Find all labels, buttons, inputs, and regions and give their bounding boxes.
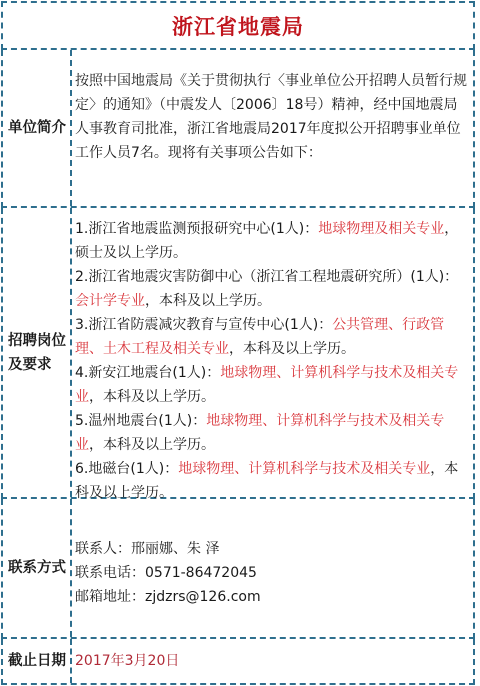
contact-email: 邮箱地址：zjdzrs@126.com bbox=[75, 585, 470, 609]
job-major: 地球物理、计算机科学与技术及相关专业 bbox=[178, 461, 430, 477]
intro-label: 单位简介 bbox=[3, 50, 72, 206]
job-degree: ，本科及以上学历。 bbox=[229, 341, 355, 357]
jobs-row: 招聘岗位及要求 1.浙江省地震监测预报研究中心(1人)：地球物理及相关专业，硕士… bbox=[1, 208, 475, 499]
contact-content: 联系人：邢丽娜、朱 泽 联系电话：0571-86472045 邮箱地址：zjdz… bbox=[72, 499, 473, 637]
job-item: 6.地磁台(1人)：地球物理、计算机科学与技术及相关专业，本科及以上学历。 bbox=[75, 457, 470, 505]
job-unit: 5.温州地震台(1人)： bbox=[75, 413, 206, 429]
deadline-label: 截止日期 bbox=[3, 639, 72, 683]
job-item: 3.浙江省防震减灾教育与宣传中心(1人)：公共管理、行政管理、土木工程及相关专业… bbox=[75, 313, 470, 361]
job-degree: ，本科及以上学历。 bbox=[89, 389, 215, 405]
jobs-content: 1.浙江省地震监测预报研究中心(1人)：地球物理及相关专业，硕士及以上学历。 2… bbox=[72, 208, 473, 497]
job-item: 1.浙江省地震监测预报研究中心(1人)：地球物理及相关专业，硕士及以上学历。 bbox=[75, 217, 470, 265]
job-unit: 4.新安江地震台(1人)： bbox=[75, 365, 220, 381]
contact-row: 联系方式 联系人：邢丽娜、朱 泽 联系电话：0571-86472045 邮箱地址… bbox=[1, 499, 475, 639]
intro-text: 按照中国地震局《关于贯彻执行〈事业单位公开招聘人员暂行规定〉的通知》（中震发人〔… bbox=[75, 69, 470, 165]
deadline-row: 截止日期 2017年3月20日 bbox=[1, 639, 475, 685]
contact-person: 联系人：邢丽娜、朱 泽 bbox=[75, 537, 470, 561]
intro-content: 按照中国地震局《关于贯彻执行〈事业单位公开招聘人员暂行规定〉的通知》（中震发人〔… bbox=[72, 50, 473, 206]
job-degree: ，本科及以上学历。 bbox=[89, 437, 215, 453]
job-unit: 3.浙江省防震减灾教育与宣传中心(1人)： bbox=[75, 317, 332, 333]
job-major: 会计学专业 bbox=[75, 293, 145, 309]
job-unit: 1.浙江省地震监测预报研究中心(1人)： bbox=[75, 221, 318, 237]
contact-label: 联系方式 bbox=[3, 499, 72, 637]
job-unit: 2.浙江省地震灾害防御中心（浙江省工程地震研究所）(1人)： bbox=[75, 269, 458, 285]
announcement-table: 浙江省地震局 单位简介 按照中国地震局《关于贯彻执行〈事业单位公开招聘人员暂行规… bbox=[1, 1, 475, 685]
contact-phone: 联系电话：0571-86472045 bbox=[75, 561, 470, 585]
header-row: 浙江省地震局 bbox=[1, 1, 475, 50]
jobs-label: 招聘岗位及要求 bbox=[3, 208, 72, 497]
job-item: 5.温州地震台(1人)：地球物理、计算机科学与技术及相关专业，本科及以上学历。 bbox=[75, 409, 470, 457]
job-item: 2.浙江省地震灾害防御中心（浙江省工程地震研究所）(1人)：会计学专业，本科及以… bbox=[75, 265, 470, 313]
job-unit: 6.地磁台(1人)： bbox=[75, 461, 178, 477]
deadline-content: 2017年3月20日 bbox=[72, 639, 473, 683]
job-item: 4.新安江地震台(1人)：地球物理、计算机科学与技术及相关专业，本科及以上学历。 bbox=[75, 361, 470, 409]
page-title: 浙江省地震局 bbox=[3, 3, 473, 48]
intro-row: 单位简介 按照中国地震局《关于贯彻执行〈事业单位公开招聘人员暂行规定〉的通知》（… bbox=[1, 50, 475, 208]
jobs-label-text: 招聘岗位及要求 bbox=[8, 329, 66, 377]
deadline-date: 2017年3月20日 bbox=[75, 649, 179, 673]
job-major: 地球物理及相关专业 bbox=[318, 221, 444, 237]
job-degree: ，本科及以上学历。 bbox=[145, 293, 271, 309]
